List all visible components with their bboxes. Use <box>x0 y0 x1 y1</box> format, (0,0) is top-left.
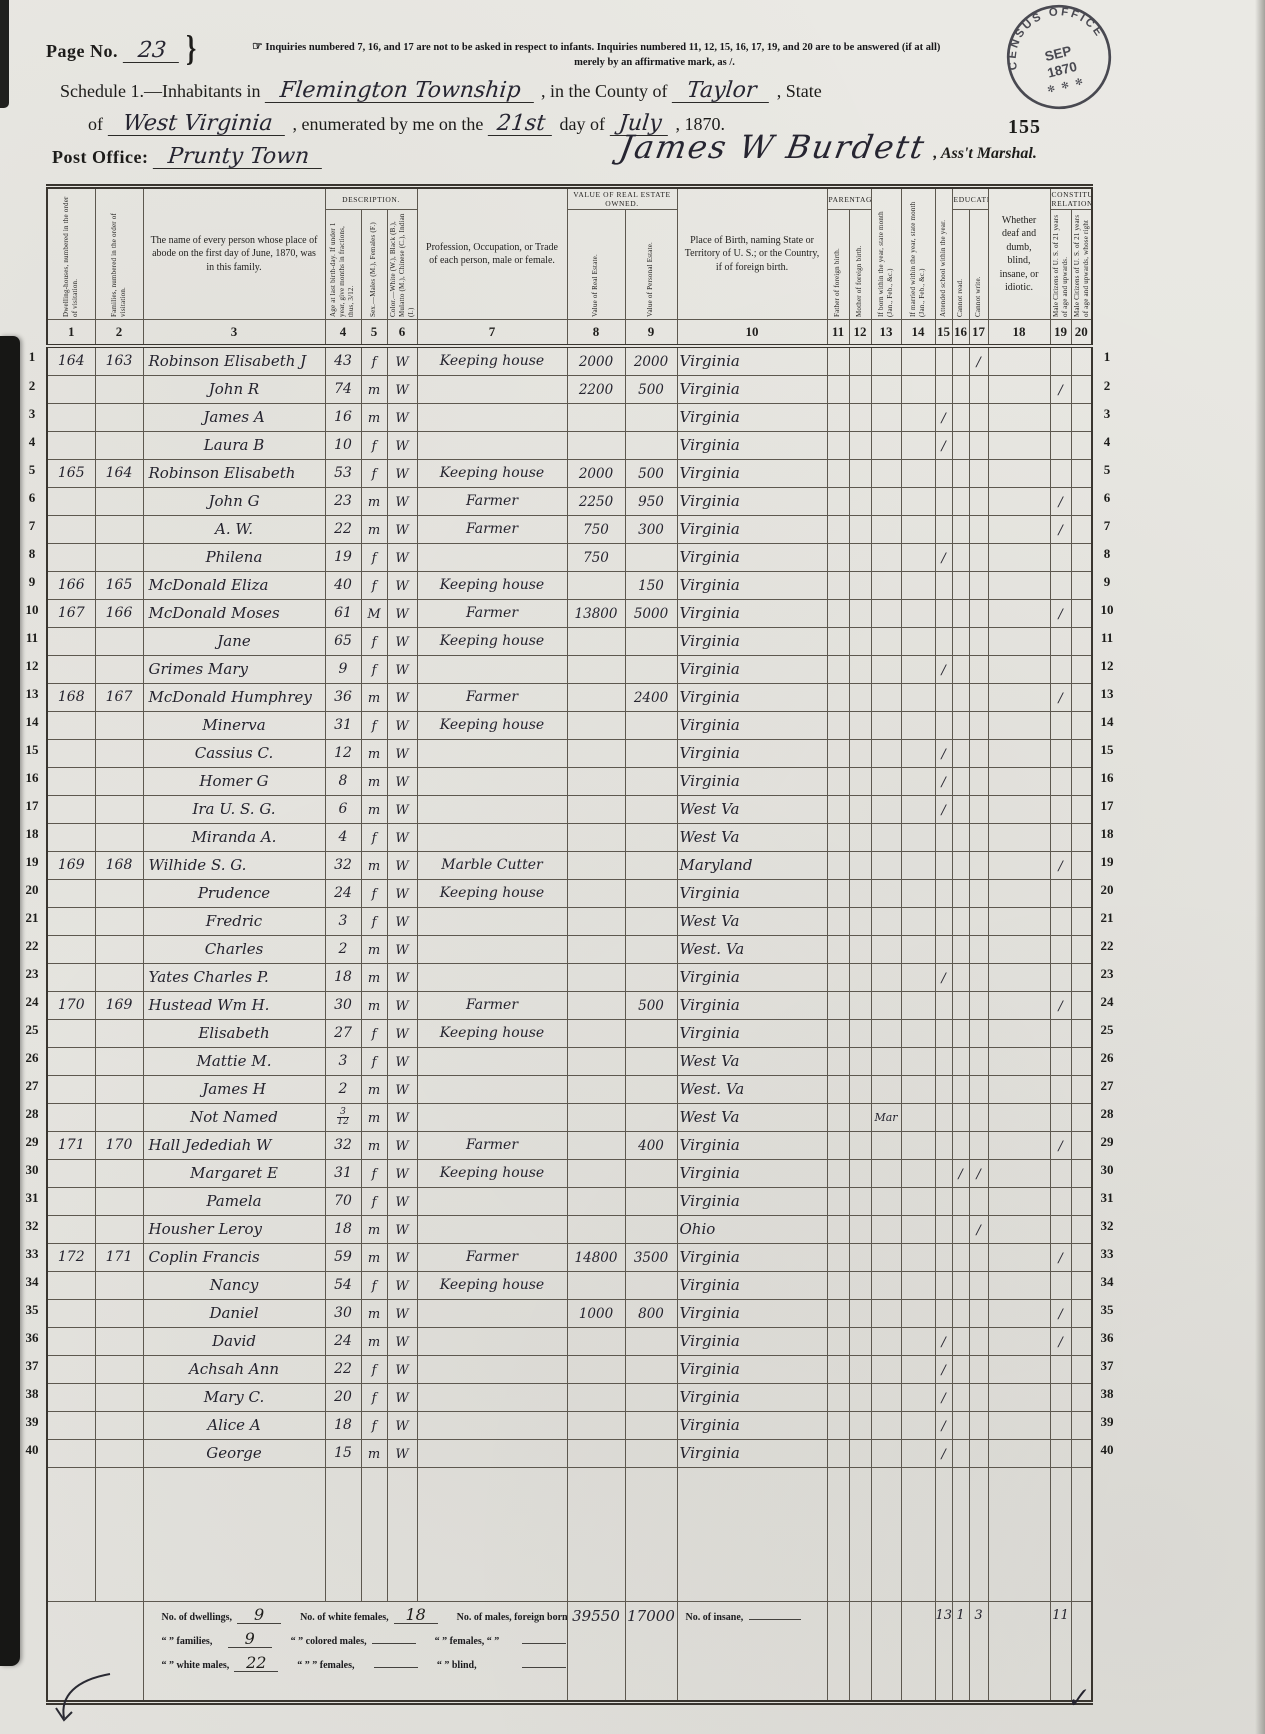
cell-vote-denied <box>1071 376 1092 404</box>
row-number: 18 <box>1097 826 1117 842</box>
cell-attended-school <box>935 488 952 516</box>
person-row: 171170Hall Jedediah W32mWFarmer400Virgin… <box>47 1132 1092 1160</box>
cell-male-citizen: / <box>1050 1132 1071 1160</box>
cell-personal-estate: 2400 <box>625 684 677 712</box>
blank-cell <box>677 1468 827 1602</box>
cell-family-number <box>95 824 143 852</box>
cell-male-citizen <box>1050 796 1071 824</box>
page-no-value: 23 <box>123 40 181 63</box>
cell-attended-school: / <box>935 768 952 796</box>
cell-color: W <box>387 432 417 460</box>
cell-age: 59 <box>325 1244 361 1272</box>
cell-birthplace: Virginia <box>677 1412 827 1440</box>
cell-family-number <box>95 936 143 964</box>
cell-personal-estate: 500 <box>625 376 677 404</box>
cell-attended-school <box>935 824 952 852</box>
cell-family-number <box>95 516 143 544</box>
row-number: 40 <box>22 1442 42 1458</box>
cell-father-foreign <box>827 1244 849 1272</box>
cell-occupation <box>417 740 567 768</box>
row-number: 3 <box>22 406 42 422</box>
cell-age: 32 <box>325 852 361 880</box>
cell-father-foreign <box>827 572 849 600</box>
cell-cannot-write <box>969 1300 988 1328</box>
cell-born-month <box>871 684 901 712</box>
row-number: 15 <box>22 742 42 758</box>
cell-personal-estate: 950 <box>625 488 677 516</box>
cell-real-estate <box>567 656 625 684</box>
cell-vote-denied <box>1071 1384 1092 1412</box>
cell-deaf-dumb <box>988 1160 1050 1188</box>
cell-attended-school <box>935 628 952 656</box>
cell-name: Hustead Wm H. <box>143 992 325 1020</box>
cell-personal-estate <box>625 1272 677 1300</box>
cell-family-number: 163 <box>95 346 143 376</box>
cell-mother-foreign <box>849 740 871 768</box>
cell-deaf-dumb <box>988 684 1050 712</box>
totals-value <box>374 1667 418 1668</box>
cell-born-month <box>871 404 901 432</box>
cell-dwelling-number <box>47 824 95 852</box>
cell-sex: m <box>361 1328 387 1356</box>
cell-cannot-write <box>969 1328 988 1356</box>
cell-sex: f <box>361 1356 387 1384</box>
cell-cannot-read <box>952 1328 969 1356</box>
cell-sex: f <box>361 460 387 488</box>
cell-born-month <box>871 432 901 460</box>
cell-name: A. W. <box>143 516 325 544</box>
cell-male-citizen <box>1050 346 1071 376</box>
cell-vote-denied <box>1071 1104 1092 1132</box>
cell-age: 23 <box>325 488 361 516</box>
cell-dwelling-number <box>47 1048 95 1076</box>
cell-personal-estate <box>625 1328 677 1356</box>
cell-male-citizen <box>1050 1384 1071 1412</box>
cell-color: W <box>387 796 417 824</box>
totals-label: No. of males, foreign born, <box>457 1612 567 1623</box>
cell-male-citizen <box>1050 936 1071 964</box>
cell-family-number: 170 <box>95 1132 143 1160</box>
cell-color: W <box>387 852 417 880</box>
cell-deaf-dumb <box>988 992 1050 1020</box>
cell-personal-estate <box>625 908 677 936</box>
cell-born-month <box>871 1216 901 1244</box>
column-header: Sex.—Males (M.), Females (F.) <box>361 210 387 320</box>
cell-name: Alice A <box>143 1412 325 1440</box>
cell-sex: m <box>361 1132 387 1160</box>
row-number: 24 <box>22 994 42 1010</box>
row-number: 1 <box>1097 349 1117 365</box>
cell-father-foreign <box>827 908 849 936</box>
cell-married-month <box>901 376 935 404</box>
cell-dwelling-number <box>47 1020 95 1048</box>
cell-color: W <box>387 1020 417 1048</box>
cell-mother-foreign <box>849 404 871 432</box>
cell-father-foreign <box>827 460 849 488</box>
cell-sex: m <box>361 1440 387 1468</box>
person-row: Housher Leroy18mWOhio/ <box>47 1216 1092 1244</box>
cell-occupation <box>417 1440 567 1468</box>
cell-dwelling-number <box>47 1188 95 1216</box>
row-number: 39 <box>1097 1414 1117 1430</box>
column-number: 7 <box>417 320 567 347</box>
cell-real-estate <box>567 740 625 768</box>
cell-attended-school: / <box>935 740 952 768</box>
cell-occupation: Keeping house <box>417 712 567 740</box>
cell-birthplace: Virginia <box>677 346 827 376</box>
row-number: 27 <box>1097 1078 1117 1094</box>
cell-attended-school <box>935 1076 952 1104</box>
cell-occupation <box>417 768 567 796</box>
cell-married-month <box>901 432 935 460</box>
cell-deaf-dumb <box>988 768 1050 796</box>
cell-age: 53 <box>325 460 361 488</box>
cell-male-citizen <box>1050 460 1071 488</box>
cell-occupation <box>417 1188 567 1216</box>
cell-occupation <box>417 1356 567 1384</box>
column-number: 13 <box>871 320 901 347</box>
person-row: A. W.22mWFarmer750300Virginia/ <box>47 516 1092 544</box>
cell-born-month: Mar <box>871 1104 901 1132</box>
cell-birthplace: Virginia <box>677 488 827 516</box>
column-header: If married within the year, state month … <box>901 187 935 320</box>
cell-dwelling-number <box>47 656 95 684</box>
row-number: 36 <box>22 1330 42 1346</box>
cell-vote-denied <box>1071 824 1092 852</box>
cell-vote-denied <box>1071 1300 1092 1328</box>
cell-father-foreign <box>827 1384 849 1412</box>
page-no-label: Page No. <box>46 41 118 62</box>
cell-vote-denied <box>1071 712 1092 740</box>
row-number: 11 <box>22 630 42 646</box>
cell-father-foreign <box>827 516 849 544</box>
cell-married-month <box>901 1384 935 1412</box>
row-number: 7 <box>1097 518 1117 534</box>
cell-father-foreign <box>827 1328 849 1356</box>
cell-born-month <box>871 1384 901 1412</box>
person-row: David24mWVirginia// <box>47 1328 1092 1356</box>
cell-deaf-dumb <box>988 796 1050 824</box>
cell-real-estate <box>567 628 625 656</box>
cell-birthplace: Virginia <box>677 768 827 796</box>
cell-cannot-read <box>952 796 969 824</box>
cell-family-number: 169 <box>95 992 143 1020</box>
column-number: 17 <box>969 320 988 347</box>
column-number: 12 <box>849 320 871 347</box>
cell-attended-school <box>935 880 952 908</box>
cell-deaf-dumb <box>988 740 1050 768</box>
cell-mother-foreign <box>849 1048 871 1076</box>
cell-dwelling-number <box>47 964 95 992</box>
cell-married-month <box>901 1216 935 1244</box>
cell-family-number: 165 <box>95 572 143 600</box>
cell-vote-denied <box>1071 656 1092 684</box>
cell-mother-foreign <box>849 1356 871 1384</box>
blank-cell <box>1050 1468 1071 1602</box>
cell-color: W <box>387 572 417 600</box>
cell-cannot-read <box>952 936 969 964</box>
cell-age: 24 <box>325 1328 361 1356</box>
cell-family-number <box>95 404 143 432</box>
cell-name: Coplin Francis <box>143 1244 325 1272</box>
cell-family-number <box>95 1076 143 1104</box>
totals-label: “ ” females, “ ” <box>435 1636 517 1647</box>
group-header: Parentage. <box>827 187 871 210</box>
cell-occupation: Farmer <box>417 1132 567 1160</box>
cell-birthplace: Virginia <box>677 684 827 712</box>
cell-personal-estate <box>625 880 677 908</box>
post-office-value: Prunty Town <box>153 146 325 169</box>
row-number: 9 <box>22 574 42 590</box>
cell-deaf-dumb <box>988 852 1050 880</box>
marshal-name: James W Burdett <box>617 128 929 166</box>
cell-cannot-read <box>952 1048 969 1076</box>
cell-cannot-write <box>969 796 988 824</box>
cell-birthplace: Virginia <box>677 516 827 544</box>
blank-cell <box>871 1468 901 1602</box>
cell-married-month <box>901 544 935 572</box>
cell-color: W <box>387 628 417 656</box>
row-number: 38 <box>1097 1386 1117 1402</box>
schedule-line: Schedule 1.—Inhabitants in Flemington To… <box>60 80 822 103</box>
census-table: Dwelling-houses, numbered in the order o… <box>46 184 1093 1705</box>
cell-mother-foreign <box>849 1300 871 1328</box>
person-row: Miranda A.4fWWest Va <box>47 824 1092 852</box>
cell-age: 54 <box>325 1272 361 1300</box>
cell-vote-denied <box>1071 1244 1092 1272</box>
cell-birthplace: Virginia <box>677 1384 827 1412</box>
cell-cannot-read <box>952 1216 969 1244</box>
cell-family-number <box>95 712 143 740</box>
blank-cell <box>901 1468 935 1602</box>
cell-cannot-write <box>969 432 988 460</box>
cell-personal-estate: 2000 <box>625 346 677 376</box>
cell-sex: m <box>361 1300 387 1328</box>
row-number: 10 <box>1097 602 1117 618</box>
cell-color: W <box>387 516 417 544</box>
cell-married-month <box>901 516 935 544</box>
cell-mother-foreign <box>849 1132 871 1160</box>
cell-attended-school <box>935 346 952 376</box>
cell-deaf-dumb <box>988 488 1050 516</box>
cell-birthplace: Virginia <box>677 628 827 656</box>
cell-dwelling-number <box>47 544 95 572</box>
cell-color: W <box>387 992 417 1020</box>
ink-arrow-icon <box>38 1668 128 1728</box>
blank-cell <box>625 1468 677 1602</box>
cell-mother-foreign <box>849 1076 871 1104</box>
cell-sex: m <box>361 852 387 880</box>
cell-dwelling-number: 171 <box>47 1132 95 1160</box>
cell-age: 22 <box>325 516 361 544</box>
cell-cannot-read <box>952 656 969 684</box>
cell-occupation <box>417 1412 567 1440</box>
cell-cannot-write <box>969 684 988 712</box>
cell-cannot-read <box>952 376 969 404</box>
blank-cell <box>47 1468 95 1602</box>
cell-name: Homer G <box>143 768 325 796</box>
cell-cannot-read <box>952 404 969 432</box>
cell-married-month <box>901 1440 935 1468</box>
row-number: 16 <box>22 770 42 786</box>
cell-father-foreign <box>827 1440 849 1468</box>
row-number: 34 <box>22 1274 42 1290</box>
cell-male-citizen <box>1050 1216 1071 1244</box>
cell-father-foreign <box>827 852 849 880</box>
cell-real-estate: 13800 <box>567 600 625 628</box>
cell-sex: f <box>361 1384 387 1412</box>
cell-family-number <box>95 376 143 404</box>
cell-vote-denied <box>1071 964 1092 992</box>
cell-father-foreign <box>827 656 849 684</box>
row-number: 15 <box>1097 742 1117 758</box>
cell-male-citizen <box>1050 908 1071 936</box>
cell-age: 36 <box>325 684 361 712</box>
cell-sex: m <box>361 1076 387 1104</box>
cell-dwelling-number <box>47 516 95 544</box>
cell-deaf-dumb <box>988 936 1050 964</box>
cell-attended-school <box>935 376 952 404</box>
cell-attended-school <box>935 992 952 1020</box>
cell-personal-estate: 500 <box>625 992 677 1020</box>
cell-name: Yates Charles P. <box>143 964 325 992</box>
cell-real-estate: 2200 <box>567 376 625 404</box>
cell-occupation <box>417 656 567 684</box>
cell-father-foreign <box>827 600 849 628</box>
row-number: 4 <box>1097 434 1117 450</box>
state-suffix: , State <box>777 81 822 102</box>
cell-father-foreign <box>827 432 849 460</box>
cell-father-foreign <box>827 488 849 516</box>
row-number: 30 <box>1097 1162 1117 1178</box>
cell-age: 6 <box>325 796 361 824</box>
cell-mother-foreign <box>849 376 871 404</box>
cell-born-month <box>871 1328 901 1356</box>
cell-age: 18 <box>325 964 361 992</box>
cell-birthplace: Virginia <box>677 544 827 572</box>
blank-cell <box>387 1468 417 1602</box>
cell-family-number <box>95 1300 143 1328</box>
cell-male-citizen <box>1050 404 1071 432</box>
cell-dwelling-number <box>47 768 95 796</box>
cell-cannot-read <box>952 1244 969 1272</box>
census-schedule-page: Page No. 23 } ☞ Inquiries numbered 7, 16… <box>0 0 1265 1734</box>
cell-dwelling-number <box>47 1076 95 1104</box>
blank-cell <box>849 1468 871 1602</box>
cell-occupation: Farmer <box>417 600 567 628</box>
cell-attended-school: / <box>935 1384 952 1412</box>
cell-deaf-dumb <box>988 712 1050 740</box>
totals-empty <box>901 1602 935 1703</box>
cell-born-month <box>871 880 901 908</box>
cell-vote-denied <box>1071 572 1092 600</box>
cell-age: 8 <box>325 768 361 796</box>
cell-male-citizen <box>1050 656 1071 684</box>
person-row: Pamela70fWVirginia <box>47 1188 1092 1216</box>
cell-father-foreign <box>827 1020 849 1048</box>
cell-vote-denied <box>1071 684 1092 712</box>
cell-sex: f <box>361 1272 387 1300</box>
cell-name: Mary C. <box>143 1384 325 1412</box>
cell-name: James A <box>143 404 325 432</box>
person-row: 172171Coplin Francis59mWFarmer148003500V… <box>47 1244 1092 1272</box>
real-estate-total: 39550 <box>567 1602 625 1703</box>
cell-real-estate <box>567 824 625 852</box>
cell-color: W <box>387 1048 417 1076</box>
cell-age: 18 <box>325 1412 361 1440</box>
cell-cannot-write <box>969 1048 988 1076</box>
cell-age: 22 <box>325 1356 361 1384</box>
cell-personal-estate: 150 <box>625 572 677 600</box>
cell-deaf-dumb <box>988 1216 1050 1244</box>
row-number: 2 <box>22 378 42 394</box>
cell-cannot-read <box>952 346 969 376</box>
cell-real-estate <box>567 432 625 460</box>
cell-dwelling-number: 168 <box>47 684 95 712</box>
person-row: Laura B10fWVirginia/ <box>47 432 1092 460</box>
cell-mother-foreign <box>849 600 871 628</box>
cell-father-foreign <box>827 880 849 908</box>
cell-birthplace: Virginia <box>677 740 827 768</box>
cell-deaf-dumb <box>988 628 1050 656</box>
cell-occupation <box>417 936 567 964</box>
cell-sex: f <box>361 1048 387 1076</box>
totals-row: No. of dwellings, 9 No. of white females… <box>47 1602 1092 1703</box>
cell-cannot-write <box>969 1412 988 1440</box>
cell-male-citizen: / <box>1050 600 1071 628</box>
cell-mother-foreign <box>849 1440 871 1468</box>
cell-born-month <box>871 1020 901 1048</box>
cell-color: W <box>387 376 417 404</box>
cell-family-number: 164 <box>95 460 143 488</box>
cell-color: W <box>387 600 417 628</box>
cell-name: Laura B <box>143 432 325 460</box>
cell-color: W <box>387 1272 417 1300</box>
cell-attended-school <box>935 600 952 628</box>
cell-occupation: Keeping house <box>417 880 567 908</box>
row-number: 4 <box>22 434 42 450</box>
cell-personal-estate <box>625 964 677 992</box>
cell-personal-estate: 500 <box>625 460 677 488</box>
cell-color: W <box>387 544 417 572</box>
cell-deaf-dumb <box>988 824 1050 852</box>
cell-dwelling-number <box>47 1216 95 1244</box>
row-number: 9 <box>1097 574 1117 590</box>
cell-cannot-read <box>952 852 969 880</box>
cell-father-foreign <box>827 1216 849 1244</box>
cell-born-month <box>871 908 901 936</box>
cell-attended-school <box>935 572 952 600</box>
cell-personal-estate <box>625 824 677 852</box>
cell-married-month <box>901 1300 935 1328</box>
cell-cannot-write <box>969 600 988 628</box>
row-number: 33 <box>22 1246 42 1262</box>
column-header: Families, numbered in the order of visit… <box>95 187 143 320</box>
row-number: 36 <box>1097 1330 1117 1346</box>
inquiries-note-line2: merely by an affirmative mark, as /. <box>252 55 1057 70</box>
cell-deaf-dumb <box>988 346 1050 376</box>
cell-born-month <box>871 1412 901 1440</box>
cell-birthplace: Virginia <box>677 1300 827 1328</box>
cell-born-month <box>871 936 901 964</box>
cell-family-number <box>95 964 143 992</box>
cell-real-estate <box>567 1440 625 1468</box>
row-number: 19 <box>22 854 42 870</box>
group-header: Education. <box>952 187 988 210</box>
cell-father-foreign <box>827 1160 849 1188</box>
cell-color: W <box>387 1188 417 1216</box>
cell-birthplace: Virginia <box>677 880 827 908</box>
